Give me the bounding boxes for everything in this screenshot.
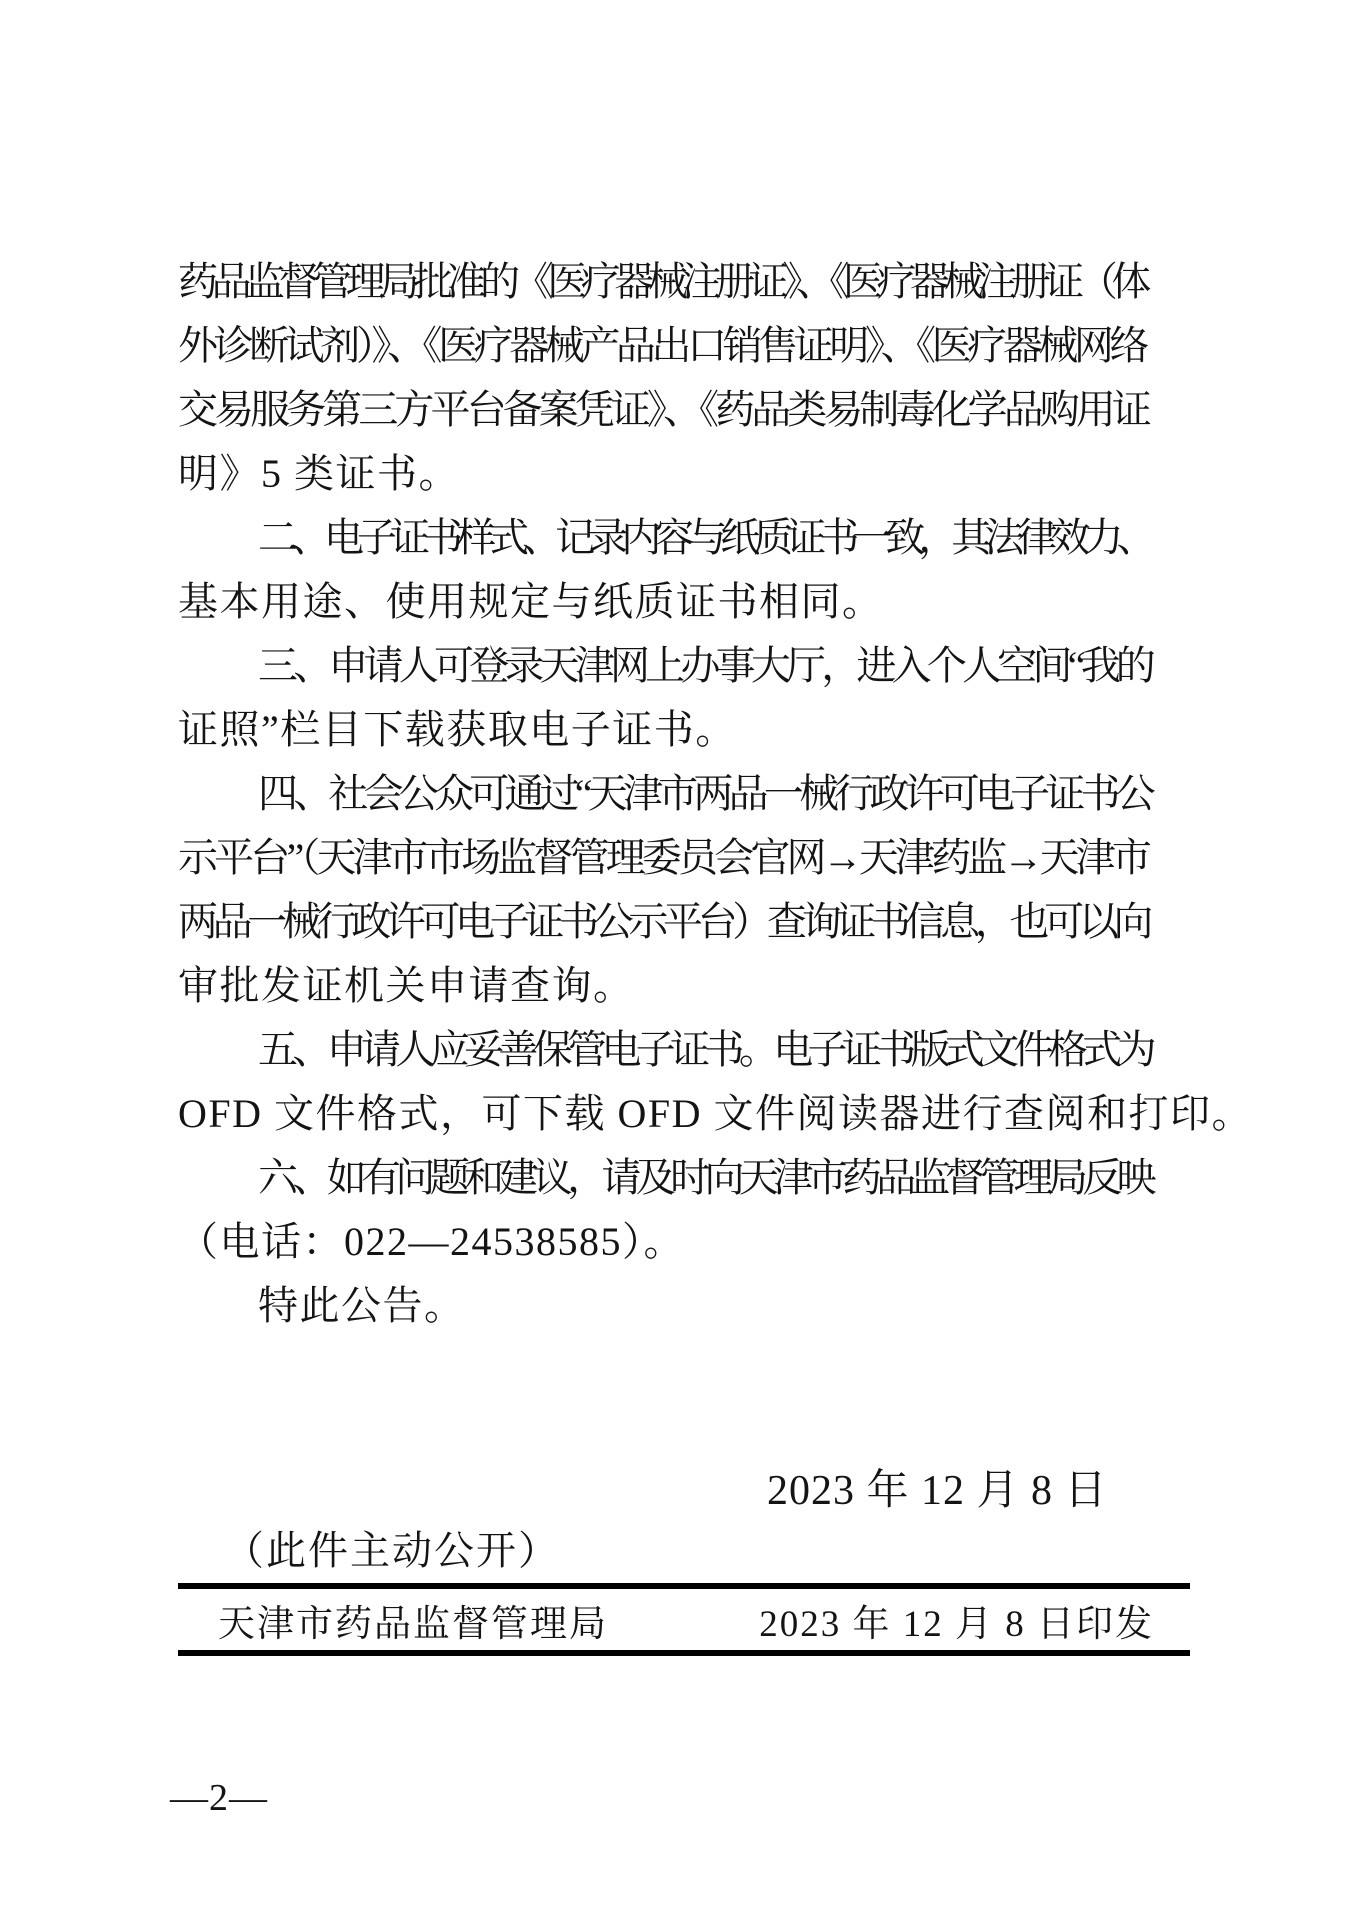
colophon-divider-bottom	[178, 1650, 1190, 1656]
body-line: 药品监督管理局批准的《医疗器械注册证》、《医疗器械注册证（体	[178, 250, 1190, 314]
body-line-text: （电话：022—24538585）。	[178, 1219, 685, 1264]
body-line-text: 二、电子证书样式、记录内容与纸质证书一致，其法律效力、	[258, 515, 1150, 560]
body-line-text: 四、社会公众可通过“天津市两品一械行政许可电子证书公	[258, 771, 1151, 816]
body-line: 外诊断试剂）》、《医疗器械产品出口销售证明》、《医疗器械网络	[178, 314, 1190, 378]
colophon: 天津市药品监督管理局 2023 年 12 月 8 日印发	[178, 1591, 1190, 1648]
body-line: 两品一械行政许可电子证书公示平台）查询证书信息，也可以向	[178, 890, 1190, 954]
body-line: 特此公告。	[178, 1274, 1190, 1338]
body-line-text: 外诊断试剂）》、《医疗器械产品出口销售证明》、《医疗器械网络	[178, 323, 1145, 368]
colophon-print-date: 2023 年 12 月 8 日印发	[759, 1593, 1154, 1647]
body-line: 基本用途、使用规定与纸质证书相同。	[178, 570, 1190, 634]
body-line: 五、申请人应妥善保管电子证书。电子证书版式文件格式为	[178, 1018, 1190, 1082]
document-page: 药品监督管理局批准的《医疗器械注册证》、《医疗器械注册证（体 外诊断试剂）》、《…	[0, 0, 1357, 1920]
document-body: 药品监督管理局批准的《医疗器械注册证》、《医疗器械注册证（体 外诊断试剂）》、《…	[178, 250, 1190, 1338]
body-line-text: 六、如有问题和建议，请及时向天津市药品监督管理局反映	[258, 1155, 1151, 1200]
body-line: 三、申请人可登录天津网上办事大厅，进入个人空间“我的	[178, 634, 1190, 698]
body-line-text: OFD 文件格式，可下载 OFD 文件阅读器进行查阅和打印。	[178, 1091, 1253, 1136]
colophon-issuer: 天津市药品监督管理局	[218, 1593, 608, 1647]
body-line-text: 明》5 类证书。	[178, 451, 460, 496]
body-line: 四、社会公众可通过“天津市两品一械行政许可电子证书公	[178, 762, 1190, 826]
body-line: OFD 文件格式，可下载 OFD 文件阅读器进行查阅和打印。	[178, 1082, 1190, 1146]
body-line: 二、电子证书样式、记录内容与纸质证书一致，其法律效力、	[178, 506, 1190, 570]
body-line-text: 五、申请人应妥善保管电子证书。电子证书版式文件格式为	[258, 1027, 1151, 1072]
body-line-text: 三、申请人可登录天津网上办事大厅，进入个人空间“我的	[258, 643, 1151, 688]
page-number: —2—	[170, 1776, 268, 1820]
body-line: 示平台”（天津市市场监督管理委员会官网→天津药监→天津市	[178, 826, 1190, 890]
colophon-divider-top	[178, 1583, 1190, 1589]
body-line-text: 基本用途、使用规定与纸质证书相同。	[178, 579, 884, 624]
body-line: 明》5 类证书。	[178, 442, 1190, 506]
body-line-text: 证照”栏目下载获取电子证书。	[178, 707, 737, 752]
body-line: 交易服务第三方平台备案凭证》、《药品类易制毒化学品购用证	[178, 378, 1190, 442]
body-line-text: 两品一械行政许可电子证书公示平台）查询证书信息，也可以向	[178, 899, 1148, 944]
body-line-text: 审批发证机关申请查询。	[178, 963, 635, 1008]
body-line-text: 药品监督管理局批准的《医疗器械注册证》、《医疗器械注册证（体	[178, 259, 1145, 304]
body-line: 审批发证机关申请查询。	[178, 954, 1190, 1018]
body-line: 证照”栏目下载获取电子证书。	[178, 698, 1190, 762]
body-line-text: 交易服务第三方平台备案凭证》、《药品类易制毒化学品购用证	[178, 387, 1148, 432]
body-line-text: 示平台”（天津市市场监督管理委员会官网→天津药监→天津市	[178, 835, 1148, 880]
body-line-text: 特此公告。	[258, 1283, 466, 1328]
disclosure-note: （此件主动公开）	[224, 1527, 560, 1575]
signature-date: 2023 年 12 月 8 日	[767, 1467, 1108, 1515]
body-line: 六、如有问题和建议，请及时向天津市药品监督管理局反映	[178, 1146, 1190, 1210]
body-line: （电话：022—24538585）。	[178, 1210, 1190, 1274]
